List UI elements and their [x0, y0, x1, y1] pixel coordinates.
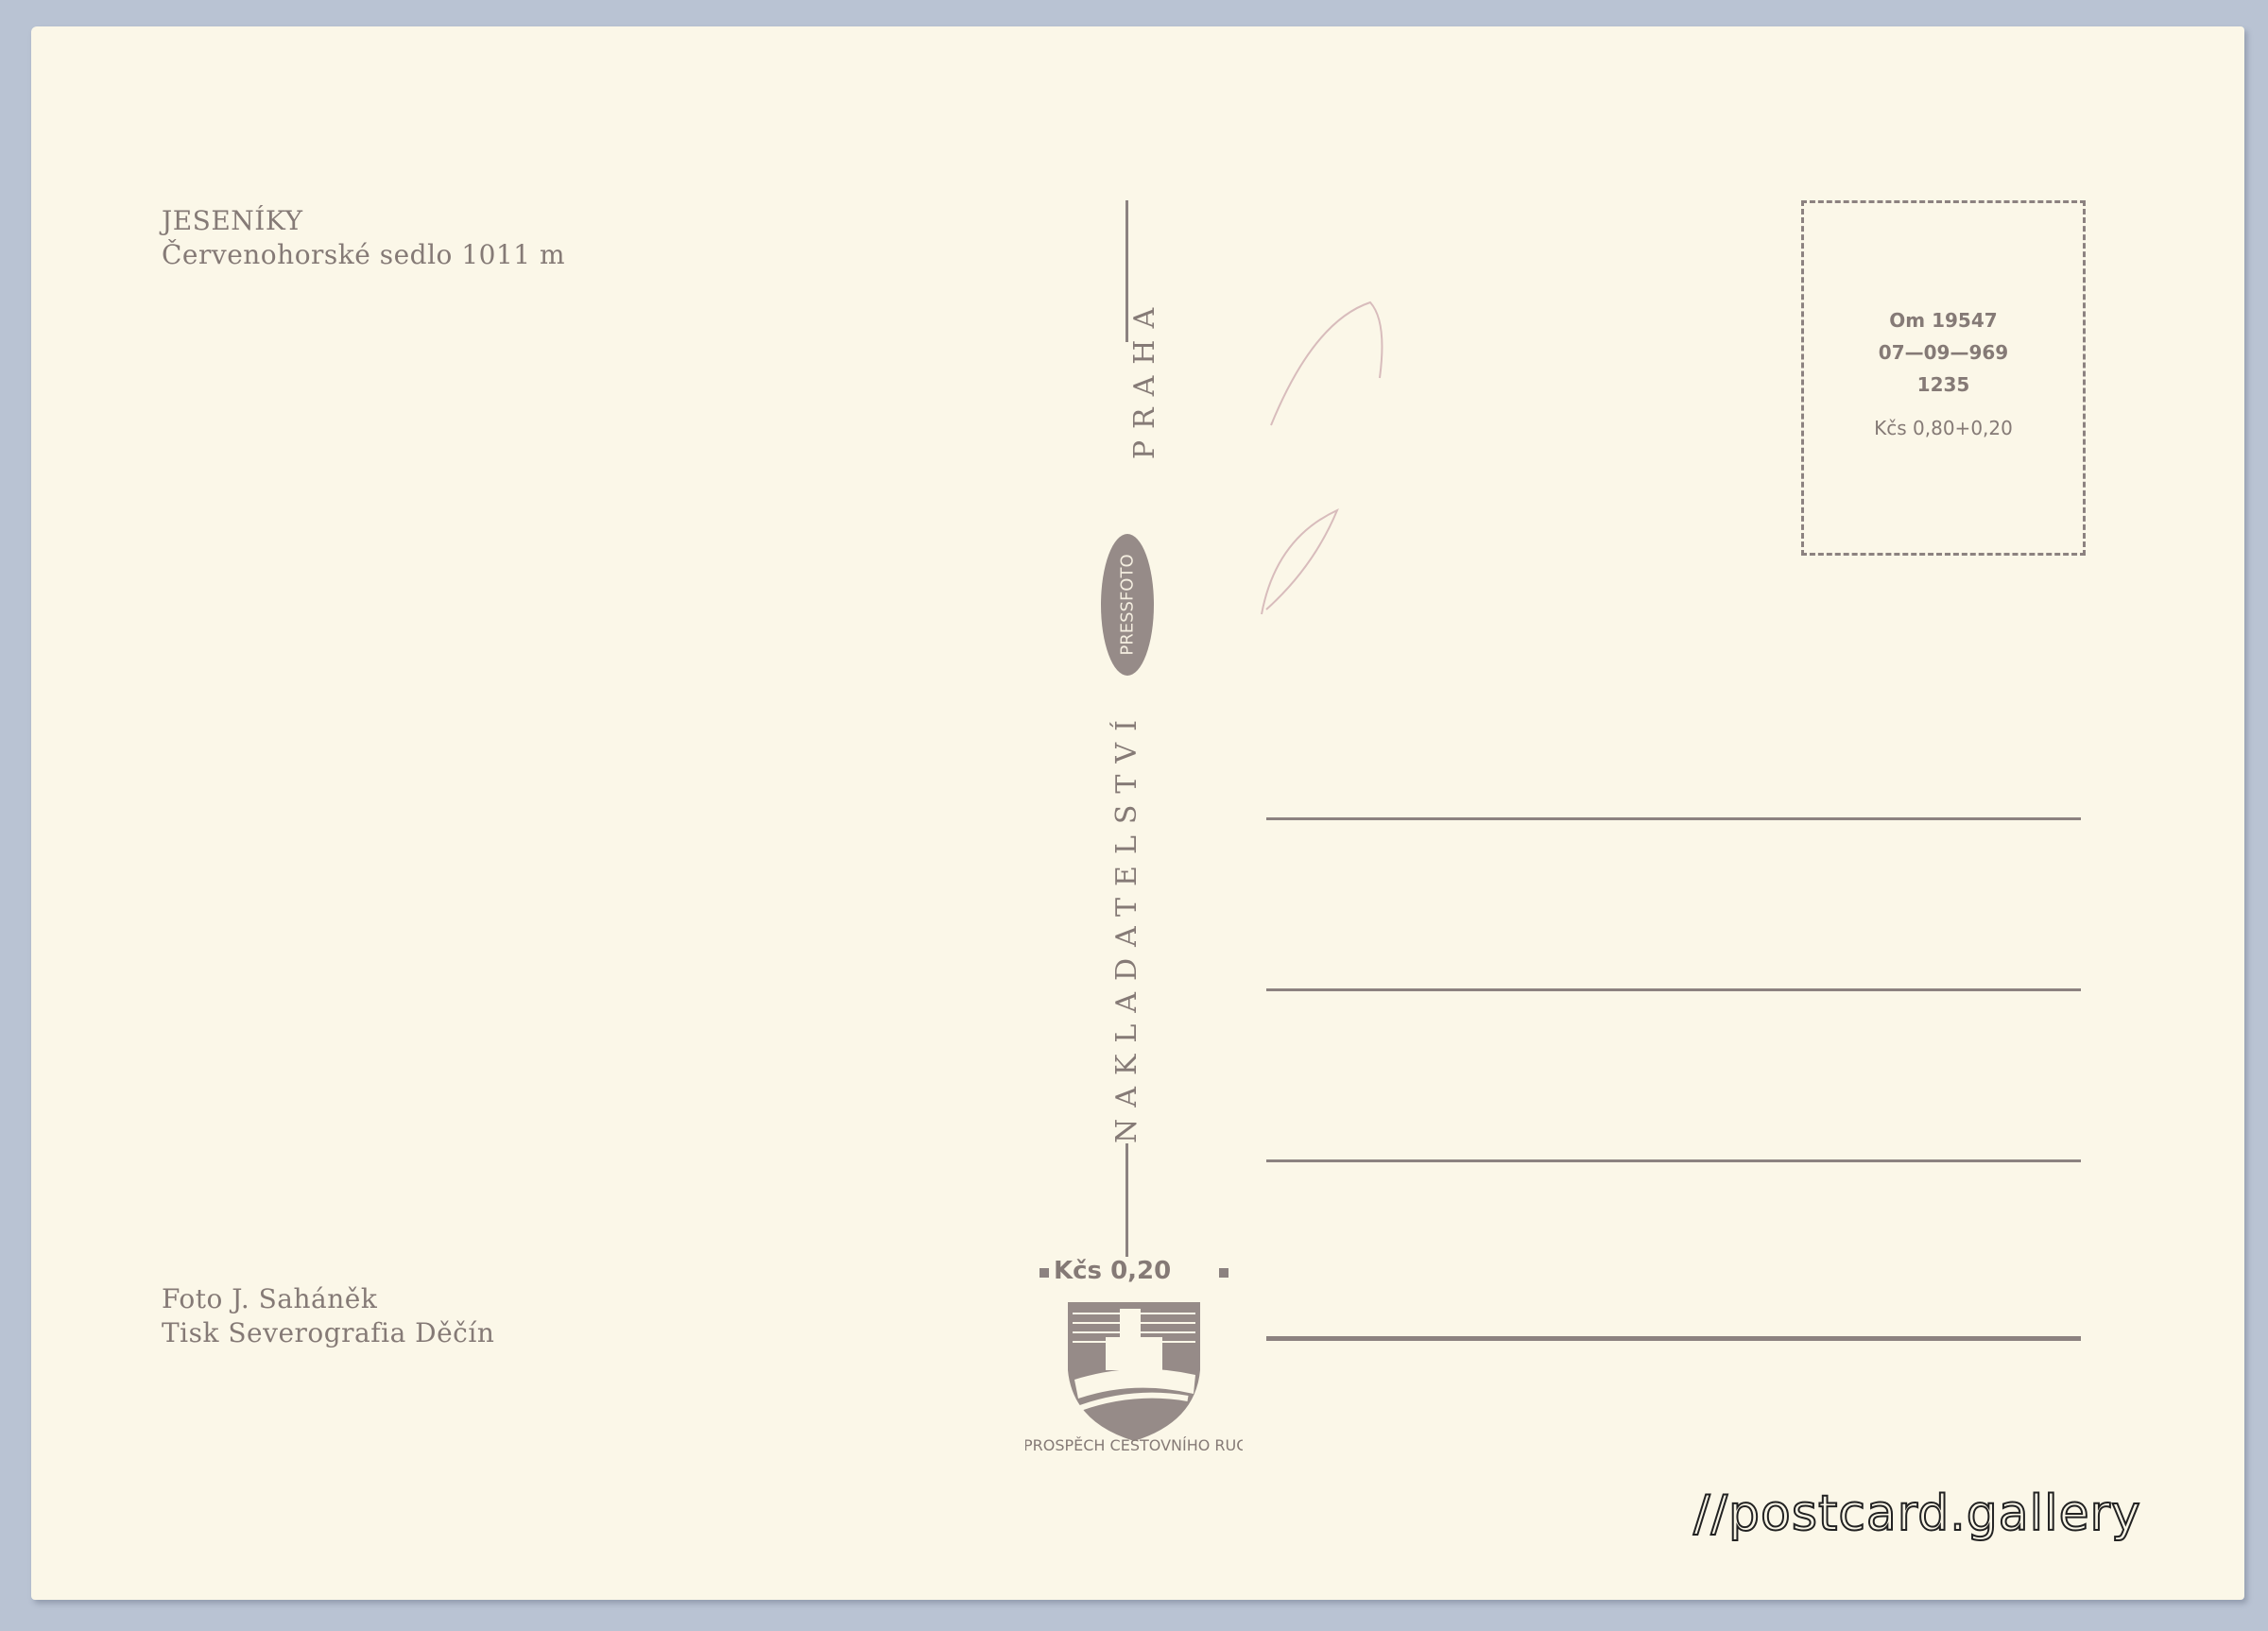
stamp-code: Om 19547: [1804, 309, 2083, 332]
castle-shield-icon: VE PROSPĚCH CESTOVNÍHO RUCHU: [1025, 1257, 1243, 1455]
stamp-price: Kčs 0,80+0,20: [1804, 417, 2083, 439]
address-line-1: [1266, 817, 2081, 820]
pressfoto-logo-icon: PRESSFOTO: [1101, 534, 1154, 676]
print-credit: Tisk Severografia Děčín: [162, 1316, 494, 1350]
divider-line-bottom: [1125, 1143, 1128, 1257]
address-line-3: [1266, 1159, 2081, 1162]
pressfoto-logo-text: PRESSFOTO: [1118, 554, 1138, 655]
publisher-city: PRAHA: [1128, 236, 1166, 520]
pencil-mark-icon: [1247, 283, 1436, 643]
watermark: //postcard.gallery: [1693, 1485, 2141, 1542]
svg-text:VE PROSPĚCH CESTOVNÍHO RUCHU: VE PROSPĚCH CESTOVNÍHO RUCHU: [1025, 1436, 1243, 1454]
caption-region: JESENÍKY: [162, 204, 565, 238]
credits: Foto J. Saháněk Tisk Severografia Děčín: [162, 1282, 494, 1350]
address-line-2: [1266, 988, 2081, 991]
publisher-label: NAKLADATELSTVÍ: [1110, 680, 1148, 1172]
caption: JESENÍKY Červenohorské sedlo 1011 m: [162, 204, 565, 272]
caption-location: Červenohorské sedlo 1011 m: [162, 238, 565, 272]
stamp-box: Om 19547 07—09—969 1235 Kčs 0,80+0,20: [1801, 200, 2086, 556]
stamp-number: 1235: [1804, 373, 2083, 396]
address-line-4: [1266, 1336, 2081, 1341]
photo-credit: Foto J. Saháněk: [162, 1282, 494, 1316]
stamp-date: 07—09—969: [1804, 341, 2083, 364]
